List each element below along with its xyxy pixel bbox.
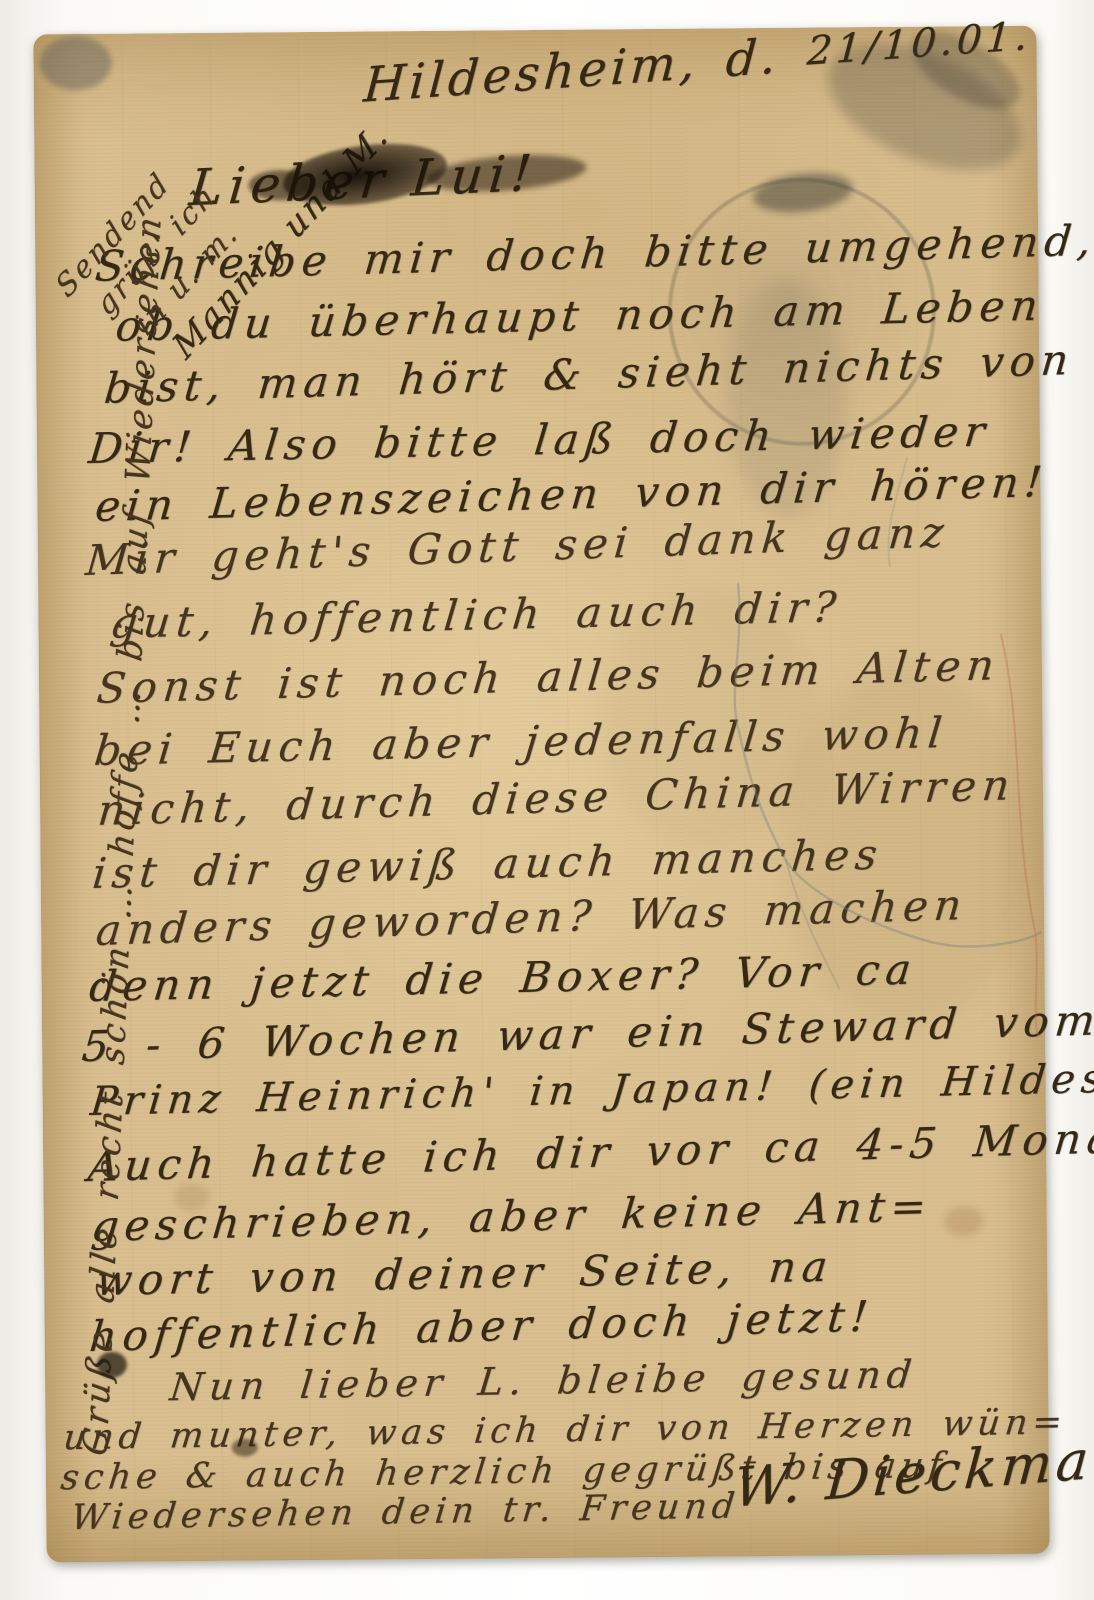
message-line: Sonst ist noch alles beim Alten bbox=[95, 640, 1002, 713]
message-line: gut, hoffentlich auch dir? bbox=[108, 582, 844, 648]
message-line: denn jetzt die Boxer? Vor ca bbox=[87, 945, 919, 1011]
postcard: Hildesheim, d. 21/10.01. Lieber Lui! Sch… bbox=[33, 26, 1049, 1563]
message-line: Nun lieber L. bleibe gesund bbox=[168, 1352, 920, 1409]
date-text: 21/10.01. bbox=[806, 13, 1033, 75]
message-line: Auch hatte ich dir vor ca 4-5 Monat bbox=[86, 1112, 1094, 1191]
foxing-spot bbox=[944, 1206, 984, 1236]
scan-background: { "postcard": { "header": { "place": "Hi… bbox=[0, 0, 1094, 1600]
dateline: Hildesheim, d. 21/10.01. bbox=[362, 11, 1033, 114]
corner-smudge bbox=[39, 36, 111, 91]
red-crease-line bbox=[1001, 634, 1039, 1036]
message-line: geschrieben, aber keine Ant= bbox=[89, 1181, 934, 1251]
place-text: Hildesheim, d. bbox=[362, 28, 782, 114]
